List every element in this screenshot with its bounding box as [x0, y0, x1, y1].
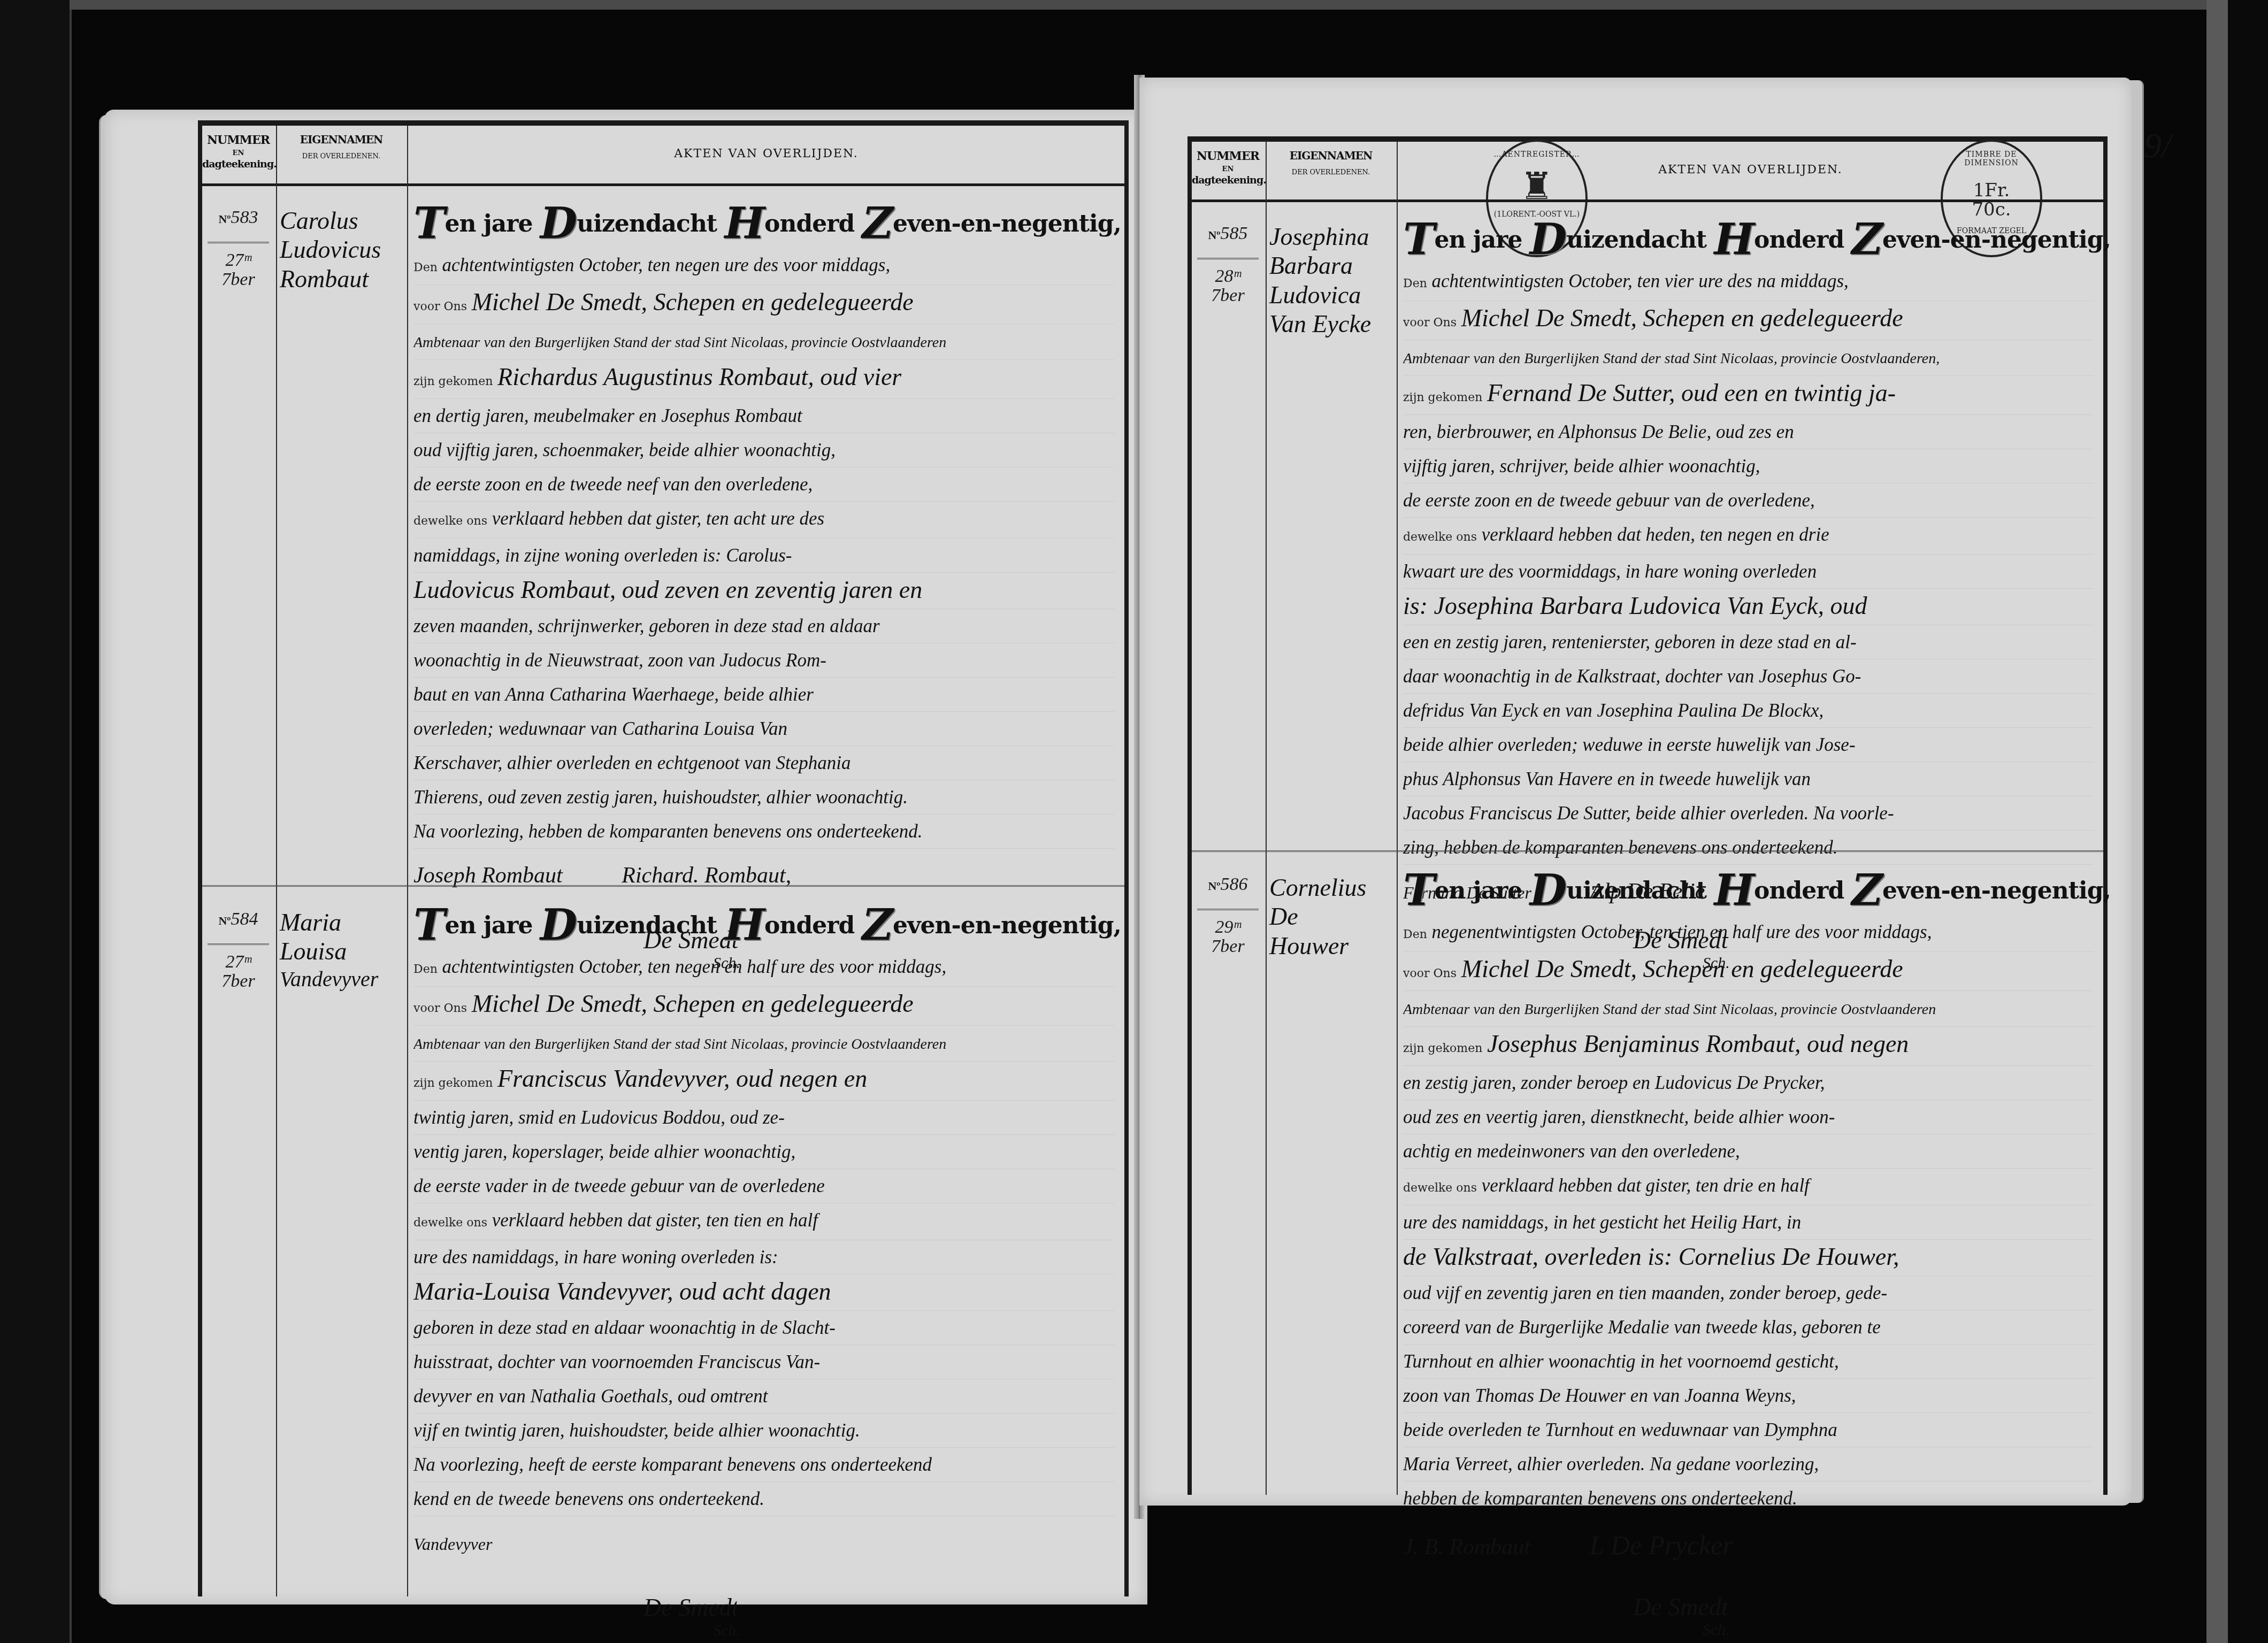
text-fragment: Ludovica: [1269, 281, 1395, 310]
act-line: baut en van Anna Catharina Waerhaege, be…: [413, 678, 1115, 712]
text-fragment: coreerd van de Burgerlijke Medalie van t…: [1403, 1317, 1881, 1338]
act-line: overleden; weduwnaar van Catharina Louis…: [413, 712, 1115, 746]
text-fragment: 7ber: [221, 270, 255, 289]
text-fragment: en dertig jaren, meubelmaker en Josephus…: [413, 405, 802, 426]
text-fragment: zeven maanden, schrijnwerker, geboren in…: [413, 616, 880, 636]
text-fragment: D: [540, 198, 577, 248]
text-fragment: Nº: [218, 914, 231, 927]
entry-number: Nº585: [1192, 224, 1264, 244]
act-line: huisstraat, dochter van voornoemden Fran…: [413, 1345, 1115, 1379]
signature: J. B. Rombaut: [1403, 1535, 1530, 1560]
act-line: Ambtenaar van den Burgerlijken Stand der…: [1403, 340, 2094, 376]
header-death-acts: AKTEN VAN OVERLIJDEN.: [408, 147, 1124, 160]
text-fragment: verklaard hebben dat gister, ten drie en…: [1482, 1175, 1810, 1196]
act-line: defridus Van Eyck en van Josephina Pauli…: [1403, 694, 2094, 728]
text-fragment: T: [413, 198, 445, 248]
entry-number: Nº586: [1192, 874, 1264, 895]
text-fragment: en jare: [445, 912, 540, 939]
text-fragment: Nº: [218, 212, 231, 226]
act-heading: Ten jare Duizendacht Honderd Zeven-en-ne…: [1403, 214, 2094, 264]
text-fragment: Turnhout en alhier woonachtig in het voo…: [1403, 1351, 1839, 1372]
act-heading: Ten jare Duizendacht Honderd Zeven-en-ne…: [413, 198, 1115, 248]
text-fragment: oud vijf en zeventig jaren en tien maand…: [1403, 1283, 1887, 1303]
act-line: de eerste zoon en de tweede gebuur van d…: [1403, 483, 2094, 518]
act-line: beide alhier overleden; weduwe in eerste…: [1403, 728, 2094, 762]
act-line: twintig jaren, smid en Ludovicus Boddou,…: [413, 1101, 1115, 1135]
entry-number: Nº583: [202, 208, 274, 228]
act-line: ventig jaren, koperslager, beide alhier …: [413, 1135, 1115, 1169]
signature: Richard. Rombaut,: [622, 863, 791, 888]
text-fragment: T: [1403, 214, 1435, 264]
text-fragment: EIGENNAMEN: [277, 133, 405, 146]
text-fragment: en jare: [445, 210, 540, 237]
text-fragment: even-en-negentig,: [1882, 877, 2111, 904]
header-death-acts: AKTEN VAN OVERLIJDEN.: [1398, 163, 2103, 176]
text-fragment: dagteekening.: [1192, 174, 1264, 186]
header-names: EIGENNAMEN DER OVERLEDENEN.: [1267, 149, 1395, 176]
text-fragment: DER OVERLEDENEN.: [277, 152, 405, 160]
text-fragment: H: [725, 198, 765, 248]
text-fragment: Sch.: [1703, 1621, 2094, 1639]
text-fragment: 29ᵐ: [1215, 917, 1240, 937]
text-fragment: namiddags, in zijne woning overleden is:…: [413, 545, 792, 566]
act-line: namiddags, in zijne woning overleden is:…: [413, 539, 1115, 573]
text-fragment: Ambtenaar van den Burgerlijken Stand der…: [1403, 350, 1940, 367]
text-fragment: woonachtig in de Nieuwstraat, zoon van J…: [413, 650, 826, 671]
act-line: vijf en twintig jaren, huishoudster, bei…: [413, 1414, 1115, 1448]
text-fragment: onderd: [1754, 226, 1851, 254]
act-line: ure des namiddags, in het gesticht het H…: [1403, 1206, 2094, 1240]
text-fragment: beide overleden te Turnhout en weduwnaar…: [1403, 1419, 1837, 1440]
table-header: NUMMER EN dagteekening. EIGENNAMEN DER O…: [202, 126, 1124, 186]
text-fragment: Franciscus Vandevyver, oud negen en: [497, 1065, 867, 1092]
act-text: Ten jare Duizendacht Honderd Zeven-en-ne…: [413, 888, 1115, 1640]
act-line: dewelke ons verklaard hebben dat gister,…: [413, 502, 1115, 539]
entry-date: 29ᵐ7ber: [1192, 918, 1264, 956]
text-fragment: negenentwintigsten October, ten tien en …: [1432, 922, 1932, 942]
text-fragment: Z: [1851, 865, 1882, 915]
entry-date: 28ᵐ7ber: [1192, 267, 1264, 305]
header-number-date: NUMMER EN dagteekening.: [1192, 149, 1264, 186]
text-fragment: Fernand De Sutter, oud een en twintig ja…: [1487, 379, 1896, 406]
text-fragment: baut en van Anna Catharina Waerhaege, be…: [413, 684, 814, 705]
death-record-583: Nº583 27ᵐ7ber Carolus Ludovicus Rombaut …: [202, 186, 1124, 881]
act-line: oud zes en veertig jaren, dienstknecht, …: [1403, 1100, 2094, 1134]
header-number-date: NUMMER EN dagteekening.: [202, 133, 274, 170]
text-fragment: Nº: [1208, 228, 1220, 242]
text-fragment: hebben de komparanten benevens ons onder…: [1403, 1488, 1797, 1509]
act-line: kwaart ure des voormiddags, in hare woni…: [1403, 555, 2094, 589]
act-line: de eerste vader in de tweede gebuur van …: [413, 1169, 1115, 1203]
signature: L De Prycker: [1589, 1530, 1733, 1560]
act-line: Na voorlezing, heeft de eerste komparant…: [413, 1448, 1115, 1482]
text-fragment: zijn gekomen: [413, 1077, 493, 1090]
text-fragment: zijn gekomen: [1403, 1042, 1482, 1055]
death-record-584: Nº584 27ᵐ7ber Maria Louisa Vandevyver Te…: [202, 888, 1124, 1594]
witness-signatures: J. B. Rombaut L De Prycker: [1403, 1530, 2094, 1561]
text-fragment: de Valkstraat, overleden is: Cornelius D…: [1403, 1243, 1899, 1270]
text-fragment: EN: [1192, 165, 1264, 173]
text-fragment: Michel De Smedt, Schepen en gedelegueerd…: [472, 288, 914, 316]
text-fragment: H: [1714, 865, 1754, 915]
text-fragment: en jare: [1435, 226, 1530, 254]
text-fragment: Van Eycke: [1269, 310, 1395, 339]
text-fragment: verklaard hebben dat heden, ten negen en…: [1482, 524, 1829, 545]
text-fragment: Rombaut: [280, 265, 405, 294]
text-fragment: de eerste zoon en de tweede neef van den…: [413, 474, 813, 495]
text-fragment: Den: [1403, 928, 1427, 941]
text-fragment: Thierens, oud zeven zestig jaren, huisho…: [413, 787, 908, 808]
deceased-name: Maria Louisa Vandevyver: [280, 888, 405, 992]
act-line: Turnhout en alhier woonachtig in het voo…: [1403, 1345, 2094, 1379]
text-fragment: dagteekening.: [202, 158, 274, 170]
text-fragment: 28ᵐ: [1215, 266, 1240, 286]
text-fragment: Michel De Smedt, Schepen en gedelegueerd…: [1461, 955, 1903, 982]
text-fragment: H: [1714, 214, 1754, 264]
act-line: beide overleden te Turnhout en weduwnaar…: [1403, 1413, 2094, 1447]
act-line: ure des namiddags, in hare woning overle…: [413, 1240, 1115, 1275]
text-fragment: kwaart ure des voormiddags, in hare woni…: [1403, 561, 1817, 582]
text-fragment: een en zestig jaren, rentenierster, gebo…: [1403, 632, 1857, 652]
text-fragment: T: [1403, 865, 1435, 915]
text-fragment: uizendacht: [577, 210, 724, 237]
text-fragment: en jare: [1435, 877, 1530, 904]
act-line: zeven maanden, schrijnwerker, geboren in…: [413, 609, 1115, 643]
text-fragment: H: [725, 900, 765, 950]
text-fragment: oud zes en veertig jaren, dienstknecht, …: [1403, 1107, 1835, 1127]
scan-frame-top: [70, 0, 2268, 10]
act-line: voor Ons Michel De Smedt, Schepen en ged…: [413, 285, 1115, 324]
text-fragment: 7ber: [1211, 936, 1244, 956]
text-fragment: Louisa: [280, 937, 405, 966]
text-fragment: verklaard hebben dat gister, ten tien en…: [492, 1210, 818, 1231]
deceased-name: Carolus Ludovicus Rombaut: [280, 186, 405, 294]
signature: Joseph Rombaut: [413, 863, 563, 888]
text-fragment: achtentwintigsten October, ten negen en …: [442, 956, 947, 977]
text-fragment: 586: [1221, 874, 1248, 894]
act-heading: Ten jare Duizendacht Honderd Zeven-en-ne…: [413, 900, 1115, 950]
text-fragment: Josephus Benjaminus Rombaut, oud negen: [1487, 1030, 1909, 1057]
act-line: zijn gekomen Franciscus Vandevyver, oud …: [413, 1062, 1115, 1101]
header-names: EIGENNAMEN DER OVERLEDENEN.: [277, 133, 405, 160]
text-fragment: onderd: [764, 210, 862, 237]
text-fragment: en zestig jaren, zonder beroep en Ludovi…: [1403, 1072, 1825, 1093]
text-fragment: De: [1269, 902, 1395, 931]
act-line: ren, bierbrouwer, en Alphonsus De Belie,…: [1403, 415, 2094, 449]
act-line: dewelke ons verklaard hebben dat heden, …: [1403, 518, 2094, 555]
act-line: oud vijftig jaren, schoenmaker, beide al…: [413, 433, 1115, 467]
text-fragment: Michel De Smedt, Schepen en gedelegueerd…: [1461, 304, 1903, 332]
act-line: de eerste zoon en de tweede neef van den…: [413, 467, 1115, 502]
scan-frame-right: [2206, 0, 2268, 1643]
act-line: een en zestig jaren, rentenierster, gebo…: [1403, 625, 2094, 659]
act-line: Na voorlezing, hebben de komparanten ben…: [413, 815, 1115, 849]
text-fragment: Maria: [280, 908, 405, 937]
text-fragment: de eerste vader in de tweede gebuur van …: [413, 1176, 825, 1196]
text-fragment: Houwer: [1269, 932, 1395, 961]
text-fragment: even-en-negentig,: [893, 912, 1121, 939]
act-text: Ten jare Duizendacht Honderd Zeven-en-ne…: [1403, 853, 2094, 1639]
death-record-585: Nº585 28ᵐ7ber Josephina Barbara Ludovica…: [1192, 202, 2103, 860]
act-line: Thierens, oud zeven zestig jaren, huisho…: [413, 780, 1115, 815]
text-fragment: uizendacht: [577, 912, 724, 939]
entry-separator: [202, 885, 1124, 887]
act-line: zoon van Thomas De Houwer en van Joanna …: [1403, 1379, 2094, 1413]
act-line: phus Alphonsus Van Havere en in tweede h…: [1403, 762, 2094, 796]
text-fragment: oud vijftig jaren, schoenmaker, beide al…: [413, 440, 836, 460]
text-fragment: voor Ons: [1403, 316, 1457, 329]
text-fragment: Cornelius: [1269, 873, 1395, 902]
text-fragment: Z: [862, 198, 892, 248]
text-fragment: achtentwintigsten October, ten negen ure…: [442, 255, 891, 275]
text-fragment: Richardus Augustinus Rombaut, oud vier: [497, 363, 901, 390]
act-line: hebben de komparanten benevens ons onder…: [1403, 1481, 2094, 1516]
act-line: voor Ons Michel De Smedt, Schepen en ged…: [1403, 952, 2094, 991]
act-line: oud vijf en zeventig jaren en tien maand…: [1403, 1276, 2094, 1310]
text-fragment: dewelke ons: [1403, 531, 1477, 544]
act-line: de Valkstraat, overleden is: Cornelius D…: [1403, 1240, 2094, 1276]
text-fragment: Josephina: [1269, 222, 1395, 251]
act-line: zijn gekomen Josephus Benjaminus Rombaut…: [1403, 1027, 2094, 1066]
text-fragment: NUMMER: [202, 133, 274, 147]
entry-date: 27ᵐ7ber: [202, 251, 274, 289]
act-line: Ambtenaar van den Burgerlijken Stand der…: [413, 1026, 1115, 1062]
act-line: dewelke ons verklaard hebben dat gister,…: [1403, 1169, 2094, 1206]
text-fragment: D: [1530, 214, 1566, 264]
act-line: Den achtentwintigsten October, ten vier …: [1403, 264, 2094, 301]
text-fragment: onderd: [1754, 877, 1851, 904]
text-fragment: Den: [413, 261, 438, 274]
act-line: voor Ons Michel De Smedt, Schepen en ged…: [413, 987, 1115, 1026]
text-fragment: zijn gekomen: [1403, 391, 1482, 404]
text-fragment: achtentwintigsten October, ten vier ure …: [1432, 271, 1849, 291]
text-fragment: even-en-negentig,: [893, 210, 1121, 237]
text-fragment: 584: [231, 909, 258, 929]
text-fragment: Z: [1851, 214, 1882, 264]
text-fragment: onderd: [764, 912, 862, 939]
text-fragment: dewelke ons: [413, 515, 487, 528]
text-fragment: dewelke ons: [413, 1216, 487, 1230]
text-fragment: EN: [202, 149, 274, 157]
scan-frame-left: [0, 0, 72, 1643]
divider: [208, 242, 269, 243]
text-fragment: defridus Van Eyck en van Josephina Pauli…: [1403, 700, 1823, 721]
text-fragment: 585: [1221, 224, 1248, 243]
text-fragment: de eerste zoon en de tweede gebuur van d…: [1403, 490, 1815, 511]
number-date-cell: Nº585 28ᵐ7ber: [1192, 202, 1264, 305]
text-fragment: devyver en van Nathalia Goethals, oud om…: [413, 1386, 768, 1407]
text-fragment: huisstraat, dochter van voornoemden Fran…: [413, 1352, 820, 1372]
text-fragment: is: Josephina Barbara Ludovica Van Eyck,…: [1403, 592, 1867, 619]
text-fragment: 27ᵐ: [225, 250, 251, 270]
officer-signature: De Smedt Sch.: [1633, 1593, 2094, 1639]
act-line: achtig en medeinwoners van den overleden…: [1403, 1134, 2094, 1169]
entry-separator: [1192, 850, 2103, 852]
text-fragment: Ambtenaar van den Burgerlijken Stand der…: [413, 334, 946, 351]
act-line: geboren in deze stad en aldaar woonachti…: [413, 1311, 1115, 1345]
act-line: Ludovicus Rombaut, oud zeven en zeventig…: [413, 573, 1115, 609]
act-line: daar woonachtig in de Kalkstraat, dochte…: [1403, 659, 2094, 694]
witness-signatures: Vandevyver: [413, 1530, 1115, 1556]
divider: [1197, 258, 1259, 259]
text-fragment: geboren in deze stad en aldaar woonachti…: [413, 1317, 836, 1338]
text-fragment: Vandevyver: [280, 966, 405, 992]
number-date-cell: Nº583 27ᵐ7ber: [202, 186, 274, 289]
text-fragment: D: [1530, 865, 1566, 915]
deceased-name: Cornelius De Houwer: [1269, 853, 1395, 961]
left-page: NUMMER EN dagteekening. EIGENNAMEN DER O…: [104, 110, 1147, 1604]
act-line: Ambtenaar van den Burgerlijken Stand der…: [1403, 991, 2094, 1027]
text-fragment: verklaard hebben dat gister, ten acht ur…: [492, 508, 824, 529]
text-fragment: Ambtenaar van den Burgerlijken Stand der…: [1403, 1001, 1936, 1018]
text-fragment: Den: [1403, 277, 1427, 290]
text-fragment: Michel De Smedt, Schepen en gedelegueerd…: [472, 990, 914, 1017]
text-fragment: DER OVERLEDENEN.: [1267, 168, 1395, 176]
text-fragment: NUMMER: [1192, 149, 1264, 163]
act-line: kend en de tweede benevens ons onderteek…: [413, 1482, 1115, 1516]
text-fragment: Kerschaver, alhier overleden en echtgeno…: [413, 753, 851, 773]
text-fragment: Ludovicus: [280, 235, 405, 264]
witness-signatures: Joseph Rombaut Richard. Rombaut,: [413, 863, 1115, 888]
text-fragment: Na voorlezing, heeft de eerste komparant…: [413, 1454, 932, 1475]
text-fragment: vijftig jaren, schrijver, beide alhier w…: [1403, 456, 1760, 477]
text-fragment: De Smedt: [1633, 1593, 1728, 1621]
death-register-table: NUMMER EN dagteekening. EIGENNAMEN DER O…: [198, 120, 1129, 1596]
act-line: en dertig jaren, meubelmaker en Josephus…: [413, 399, 1115, 433]
text-fragment: zoon van Thomas De Houwer en van Joanna …: [1403, 1385, 1796, 1406]
act-line: woonachtig in de Nieuwstraat, zoon van J…: [413, 643, 1115, 678]
text-fragment: Maria Verreet, alhier overleden. Na geda…: [1403, 1454, 1819, 1475]
act-line: voor Ons Michel De Smedt, Schepen en ged…: [1403, 301, 2094, 340]
text-fragment: uizendacht: [1566, 877, 1714, 904]
death-record-586: Nº586 29ᵐ7ber Cornelius De Houwer Ten ja…: [1192, 853, 2103, 1495]
text-fragment: Maria-Louisa Vandevyver, oud acht dagen: [413, 1278, 831, 1305]
text-fragment: 7ber: [221, 971, 255, 991]
text-fragment: Z: [862, 900, 892, 950]
entry-number: Nº584: [202, 909, 274, 930]
divider: [208, 943, 269, 945]
act-line: Den achtentwintigsten October, ten negen…: [413, 248, 1115, 285]
text-fragment: Nº: [1208, 879, 1220, 893]
divider: [1197, 909, 1259, 910]
text-fragment: ren, bierbrouwer, en Alphonsus De Belie,…: [1403, 421, 1794, 442]
right-page: …AENTREGISTER… ♜ (1LORENT.-OOST VL.) TIM…: [1139, 78, 2132, 1506]
act-heading: Ten jare Duizendacht Honderd Zeven-en-ne…: [1403, 865, 2094, 915]
table-header: NUMMER EN dagteekening. EIGENNAMEN DER O…: [1192, 142, 2103, 202]
text-fragment: 27ᵐ: [225, 952, 251, 972]
act-line: Maria Verreet, alhier overleden. Na geda…: [1403, 1447, 2094, 1481]
number-date-cell: Nº586 29ᵐ7ber: [1192, 853, 1264, 956]
text-fragment: 7ber: [1211, 286, 1244, 305]
text-fragment: De Smedt: [643, 1594, 739, 1621]
text-fragment: ure des namiddags, in het gesticht het H…: [1403, 1212, 1801, 1233]
text-fragment: voor Ons: [413, 300, 467, 313]
number-date-cell: Nº584 27ᵐ7ber: [202, 888, 274, 991]
officer-signature: De Smedt Sch.: [643, 1593, 1115, 1640]
text-fragment: Ambtenaar van den Burgerlijken Stand der…: [413, 1036, 946, 1053]
text-fragment: Sch.: [713, 1622, 1115, 1640]
text-fragment: vijf en twintig jaren, huishoudster, bei…: [413, 1420, 860, 1441]
act-line: dewelke ons verklaard hebben dat gister,…: [413, 1203, 1115, 1240]
deceased-name: Josephina Barbara Ludovica Van Eycke: [1269, 202, 1395, 339]
act-line: Maria-Louisa Vandevyver, oud acht dagen: [413, 1275, 1115, 1311]
act-line: Kerschaver, alhier overleden en echtgeno…: [413, 746, 1115, 780]
text-fragment: phus Alphonsus Van Havere en in tweede h…: [1403, 769, 1811, 789]
entry-date: 27ᵐ7ber: [202, 953, 274, 991]
text-fragment: Den: [413, 963, 438, 976]
text-fragment: uizendacht: [1566, 226, 1714, 254]
text-fragment: Jacobus Franciscus De Sutter, beide alhi…: [1403, 803, 1894, 824]
text-fragment: Na voorlezing, hebben de komparanten ben…: [413, 821, 923, 842]
act-line: vijftig jaren, schrijver, beide alhier w…: [1403, 449, 2094, 483]
text-fragment: ure des namiddags, in hare woning overle…: [413, 1247, 778, 1268]
act-line: en zestig jaren, zonder beroep en Ludovi…: [1403, 1066, 2094, 1100]
act-line: Den negenentwintigsten October, ten tien…: [1403, 915, 2094, 952]
act-line: coreerd van de Burgerlijke Medalie van t…: [1403, 1310, 2094, 1345]
act-line: zijn gekomen Fernand De Sutter, oud een …: [1403, 376, 2094, 415]
act-line: devyver en van Nathalia Goethals, oud om…: [413, 1379, 1115, 1414]
text-fragment: EIGENNAMEN: [1267, 149, 1395, 162]
text-fragment: voor Ons: [413, 1002, 467, 1015]
text-fragment: beide alhier overleden; weduwe in eerste…: [1403, 734, 1856, 755]
folio-number: 9/: [2144, 126, 2171, 166]
act-line: Jacobus Franciscus De Sutter, beide alhi…: [1403, 796, 2094, 831]
text-fragment: daar woonachtig in de Kalkstraat, dochte…: [1403, 666, 1861, 687]
text-fragment: dewelke ons: [1403, 1181, 1477, 1195]
death-register-table: …AENTREGISTER… ♜ (1LORENT.-OOST VL.) TIM…: [1187, 136, 2108, 1495]
text-fragment: overleden; weduwnaar van Catharina Louis…: [413, 718, 787, 739]
act-line: is: Josephina Barbara Ludovica Van Eyck,…: [1403, 589, 2094, 625]
text-fragment: Ludovicus Rombaut, oud zeven en zeventig…: [413, 576, 922, 603]
text-fragment: Carolus: [280, 206, 405, 235]
act-line: zijn gekomen Richardus Augustinus Rombau…: [413, 360, 1115, 399]
text-fragment: kend en de tweede benevens ons onderteek…: [413, 1488, 764, 1509]
text-fragment: Barbara: [1269, 251, 1395, 280]
act-text: Ten jare Duizendacht Honderd Zeven-en-ne…: [413, 186, 1115, 972]
text-fragment: 583: [231, 208, 258, 227]
text-fragment: even-en-negentig,: [1882, 226, 2111, 254]
text-fragment: D: [540, 900, 577, 950]
text-fragment: ventig jaren, koperslager, beide alhier …: [413, 1141, 795, 1162]
text-fragment: voor Ons: [1403, 967, 1457, 980]
signature: Vandevyver: [413, 1534, 492, 1554]
text-fragment: zijn gekomen: [413, 375, 493, 388]
text-fragment: achtig en medeinwoners van den overleden…: [1403, 1141, 1740, 1162]
text-fragment: twintig jaren, smid en Ludovicus Boddou,…: [413, 1107, 785, 1128]
text-fragment: T: [413, 900, 445, 950]
act-line: Ambtenaar van den Burgerlijken Stand der…: [413, 324, 1115, 360]
act-line: Den achtentwintigsten October, ten negen…: [413, 950, 1115, 987]
